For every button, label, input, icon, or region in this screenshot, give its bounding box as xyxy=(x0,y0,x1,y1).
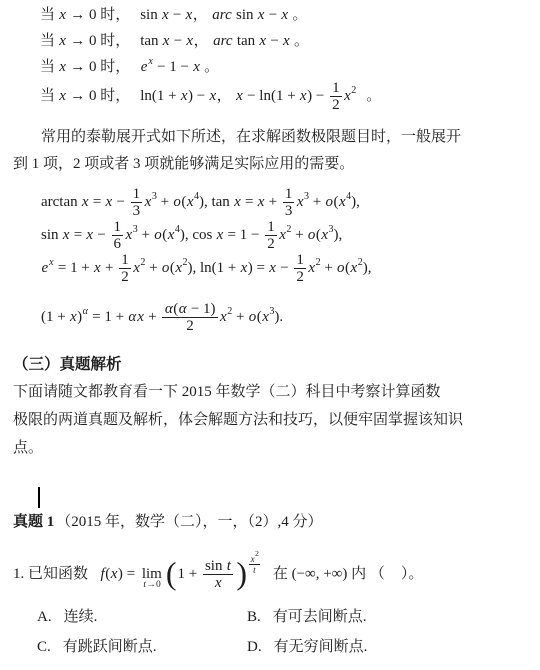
option-d-text: 有无穷间断点. xyxy=(274,639,368,655)
equiv-line-tan: 当 x → 0 时，tan x − x，arc tan x − x 。 xyxy=(40,28,381,54)
taylor-formula-binomial: (1 + x)α = 1 + αx + α(α − 1)2x2 + o(x3). xyxy=(41,298,283,336)
option-d-label: D. xyxy=(247,639,262,655)
taylor-intro-line-1: 常用的泰勒展开式如下所述，在求解函数极限题目时，一般展开 xyxy=(41,124,528,151)
taylor-formula-sin-cos: sin x = x − 16x3 + o(x4), cos x = 1 − 12… xyxy=(41,219,371,252)
document-page[interactable]: 当 x → 0 时，sin x − x，arc sin x − x 。 当 x … xyxy=(0,0,540,670)
option-c-label: C. xyxy=(37,639,51,655)
problem-title: 真题 1（2015 年，数学（二），一，（2）,4 分） xyxy=(13,509,323,536)
options-grid: A.连续. B.有可去间断点. C.有跳跃间断点. D.有无穷间断点. xyxy=(37,605,367,659)
section-paragraph-line-1: 下面请随文都教育看一下 2015 年数学（二）科目中考察计算函数 xyxy=(13,378,531,406)
section-heading: （三）真题解析 xyxy=(13,351,122,378)
option-a: A.连续. xyxy=(37,605,247,629)
option-b-label: B. xyxy=(247,609,261,625)
option-a-label: A. xyxy=(37,609,52,625)
problem-title-rest: （2015 年，数学（二），一，（2）,4 分） xyxy=(56,514,322,530)
equiv-line-ln: 当 x → 0 时，ln(1 + x) − x，x − ln(1 + x) − … xyxy=(40,80,381,113)
option-d: D.有无穷间断点. xyxy=(247,635,367,659)
equivalent-infinitesimals-block: 当 x → 0 时，sin x − x，arc sin x − x 。 当 x … xyxy=(40,2,381,113)
section-paragraph-line-3: 点。 xyxy=(13,434,531,462)
taylor-formula-arctan-tan: arctan x = x − 13x3 + o(x4), tan x = x +… xyxy=(41,186,371,219)
taylor-intro-line-2: 到 1 项，2 项或者 3 项就能够满足实际应用的需要。 xyxy=(13,151,528,178)
option-b: B.有可去间断点. xyxy=(247,605,367,629)
taylor-formulas-block: arctan x = x − 13x3 + o(x4), tan x = x +… xyxy=(41,186,371,285)
option-b-text: 有可去间断点. xyxy=(273,609,367,625)
option-c-text: 有跳跃间断点. xyxy=(63,639,157,655)
option-a-text: 连续. xyxy=(64,609,98,625)
taylor-formula-exp-ln: ex = 1 + x + 12x2 + o(x2), ln(1 + x) = x… xyxy=(41,252,371,285)
equiv-line-sin: 当 x → 0 时，sin x − x，arc sin x − x 。 xyxy=(40,2,381,28)
problem-stem: 1. 已知函数f(x) = limt→0(1 + sin tx)x2t在 (−∞… xyxy=(13,548,423,600)
equiv-line-exp: 当 x → 0 时，ex − 1 − x 。 xyxy=(40,54,381,80)
taylor-intro-paragraph: 常用的泰勒展开式如下所述，在求解函数极限题目时，一般展开 到 1 项，2 项或者… xyxy=(13,124,528,178)
section-paragraph-line-2: 极限的两道真题及解析，体会解题方法和技巧，以便牢固掌握该知识 xyxy=(13,406,531,434)
section-paragraph: 下面请随文都教育看一下 2015 年数学（二）科目中考察计算函数 极限的两道真题… xyxy=(13,378,531,462)
text-cursor xyxy=(38,487,40,508)
problem-title-bold: 真题 1 xyxy=(13,514,54,530)
option-c: C.有跳跃间断点. xyxy=(37,635,247,659)
